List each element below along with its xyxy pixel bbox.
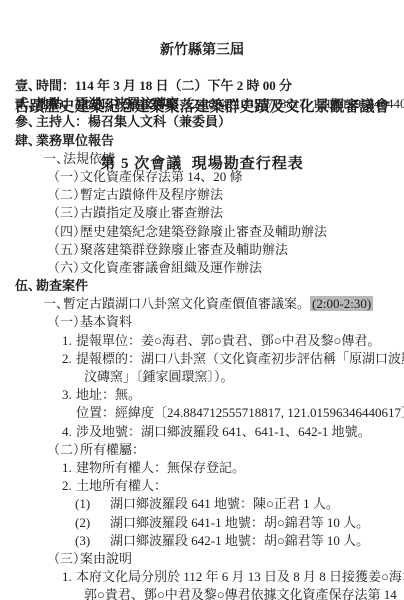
doc-line: 汶磚窯」〔鍾家圓環窯〕）。 [0,368,404,386]
doc-line: （一）文化資產保存法第 14、20 條 [0,168,404,186]
doc-line: (3)湖口鄉波羅段 642-1 地號：胡○錦君等 10 人。 [0,532,404,550]
doc-line: （六）文化資產審議會組織及運作辦法 [0,259,404,277]
line-label: （二） [47,186,86,204]
doc-line: 一、暫定古蹟湖口八卦窯文化資產價值審議案。(2:00-2:30) [0,295,404,313]
line-text: 建物所有權人：無保存登記。 [76,460,245,475]
doc-line: 1.建物所有權人：無保存登記。 [0,459,404,477]
line-label: （三） [47,550,86,568]
line-text: 郭○貴君、鄧○中君及黎○傳君依據文化資產保存法第 14 [84,587,397,600]
line-label: （六） [47,259,86,277]
line-label: 一、 [43,295,69,313]
line-label: 2. [62,350,72,368]
line-text: 法規依據 [63,151,115,166]
doc-line: (1)湖口鄉波羅段 641 地號：陳○正君 1 人。 [0,495,404,513]
doc-line: 郭○貴君、鄧○中君及黎○傳君依據文化資產保存法第 14 [0,586,404,600]
doc-line: 伍、勘查案件 [0,277,404,295]
line-text: 湖口鄉波羅段 642-1 地號：胡○錦君等 10 人。 [110,533,369,548]
doc-line: 參、主持人：楊召集人文科（兼委員） [0,113,404,131]
doc-line: （三）古蹟指定及廢止審查辦法 [0,204,404,222]
doc-line: (2)湖口鄉波羅段 641-1 地號：胡○錦君等 10 人。 [0,514,404,532]
line-text: 暫定古蹟條件及程序辦法 [80,187,223,202]
line-text: 提報標的：湖口八卦窯（文化資產初步評估稱「原湖口波羅 [76,351,404,366]
line-text: 提報單位：姜○海君、郭○貴君、鄧○中君及黎○傳君。 [76,333,380,348]
line-text: 歷史建築紀念建築登錄廢止審查及輔助辦法 [80,224,327,239]
doc-line: 貳、地點：原湖口波羅汶磚窯〔24.884712555718817, 121.01… [0,95,404,113]
line-text: 案由說明 [80,551,132,566]
line-text: 本府文化局分別於 112 年 6 月 13 日及 8 月 8 日接獲姜○海君、 [76,569,404,584]
doc-line: 位置：經緯度〔24.884712555718817, 121.015963464… [0,404,404,422]
doc-line: 4.涉及地號：湖口鄉波羅段 641、641-1、642-1 地號。 [0,423,404,441]
line-text: 地點：原湖口波羅汶磚窯 [36,96,179,111]
doc-line: （一）基本資料 [0,313,404,331]
line-label: （二） [47,441,86,459]
line-text: 湖口鄉波羅段 641-1 地號：胡○錦君等 10 人。 [110,515,369,530]
line-text: 主持人：楊召集人文科（兼委員） [36,114,231,129]
title-line-1: 新竹縣第三屆 [0,40,404,61]
line-label: 參、 [15,113,41,131]
doc-line: （二）所有權屬： [0,441,404,459]
line-text: 古蹟指定及廢止審查辦法 [80,205,223,220]
line-text: 土地所有權人： [76,478,167,493]
line-label: 一、 [43,150,69,168]
line-label: 壹、 [15,77,41,95]
doc-line: （三）案由說明 [0,550,404,568]
line-label: （一） [47,168,86,186]
line-label: 1. [62,332,72,350]
doc-line: 肆、業務單位報告 [0,132,404,150]
line-text: 勘查案件 [36,278,88,293]
document-page: 新竹縣第三屆 古蹟歷史建築紀念建築聚落建築群史蹟及文化景觀審議會 第 5 次會議… [0,0,404,600]
line-text: 〔24.884712555718817, 121.01596346440617〕 [179,96,404,111]
doc-line: 一、法規依據 [0,150,404,168]
line-label: (3) [75,532,90,550]
line-label: 3. [62,386,72,404]
line-label: 肆、 [15,132,41,150]
doc-line: （二）暫定古蹟條件及程序辦法 [0,186,404,204]
line-label: 4. [62,423,72,441]
line-text: 時間：114 年 3 月 18 日（二）下午 2 時 00 分 [36,78,292,93]
doc-line: 2.土地所有權人： [0,477,404,495]
doc-line: 3.地址：無。 [0,386,404,404]
doc-line: 1.本府文化局分別於 112 年 6 月 13 日及 8 月 8 日接獲姜○海君… [0,568,404,586]
line-text: 暫定古蹟湖口八卦窯文化資產價值審議案。 [63,296,310,311]
line-text: 文化資產保存法第 14、20 條 [80,169,243,184]
line-label: （五） [47,241,86,259]
line-label: 1. [62,568,72,586]
line-text: 基本資料 [80,314,132,329]
line-label: (2) [75,514,90,532]
line-text: 業務單位報告 [36,133,114,148]
line-label: （三） [47,204,86,222]
line-text: 文化資產審議會組織及運作辦法 [80,260,262,275]
line-label: 伍、 [15,277,41,295]
line-label: 2. [62,477,72,495]
line-label: （一） [47,313,86,331]
line-text: 所有權屬： [80,442,145,457]
line-text: 汶磚窯」〔鍾家圓環窯〕）。 [84,369,234,384]
doc-line: （五）聚落建築群登錄廢止審查及輔助辦法 [0,241,404,259]
doc-line: 壹、時間：114 年 3 月 18 日（二）下午 2 時 00 分 [0,77,404,95]
line-text: 涉及地號：湖口鄉波羅段 641、641-1、642-1 地號。 [76,424,371,439]
document-body: 壹、時間：114 年 3 月 18 日（二）下午 2 時 00 分貳、地點：原湖… [0,77,404,600]
line-label: (1) [75,495,90,513]
line-text: 湖口鄉波羅段 641 地號：陳○正君 1 人。 [110,496,339,511]
time-slot-highlight: (2:00-2:30) [310,296,373,311]
line-text: 位置：經緯度〔24.884712555718817, 121.015963464… [76,405,404,420]
line-label: 貳、 [15,95,41,113]
doc-line: 1.提報單位：姜○海君、郭○貴君、鄧○中君及黎○傳君。 [0,332,404,350]
doc-line: （四）歷史建築紀念建築登錄廢止審查及輔助辦法 [0,223,404,241]
doc-line: 2.提報標的：湖口八卦窯（文化資產初步評估稱「原湖口波羅 [0,350,404,368]
line-label: （四） [47,223,86,241]
line-text: 地址：無。 [76,387,141,402]
line-label: 1. [62,459,72,477]
line-text: 聚落建築群登錄廢止審查及輔助辦法 [80,242,288,257]
